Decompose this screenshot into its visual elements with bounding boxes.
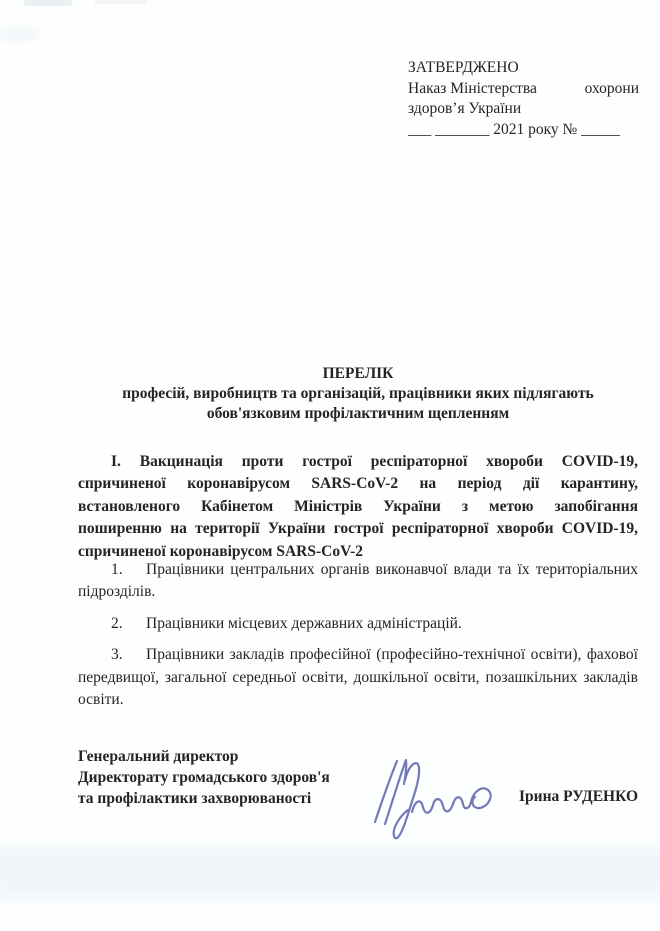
list-item: 3.Працівники закладів професійної (профе… [78, 644, 638, 711]
list-item-number: 3. [111, 644, 146, 666]
list-item-text: Працівники закладів професійної (професі… [78, 646, 638, 708]
paragraph-line: поширенню на території України гострої р… [78, 518, 638, 540]
signer-name: Ірина РУДЕНКО [519, 786, 638, 807]
document-subtitle-line2: обов'язковим профілактичним щепленням [78, 404, 638, 424]
approval-order-left: Наказ Міністерства [408, 79, 537, 100]
section-paragraph: І. Вакцинація проти гострої респіраторно… [78, 451, 638, 563]
approval-order-right: охорони [585, 79, 639, 100]
signer-title-line2: Директорату громадського здоров'я [78, 767, 638, 788]
list-item: 1.Працівники центральних органів виконав… [78, 559, 638, 604]
scanned-document-page: ЗАТВЕРДЖЕНО Наказ Міністерства охорони з… [0, 0, 660, 931]
document-title: ПЕРЕЛІК [78, 364, 638, 384]
approval-ministry-line: здоров’я України [408, 99, 639, 120]
scan-artifact [0, 26, 40, 42]
professions-list: 1.Працівники центральних органів виконав… [78, 559, 638, 720]
document-subtitle-line1: професій, виробництв та організацій, пра… [78, 384, 638, 404]
handwritten-signature-icon [368, 752, 498, 850]
scan-artifact [95, 0, 147, 4]
approval-block: ЗАТВЕРДЖЕНО Наказ Міністерства охорони з… [408, 58, 639, 140]
signer-title-line1: Генеральний директор [78, 746, 638, 767]
list-item-number: 1. [111, 559, 146, 581]
signature-block: Генеральний директор Директорату громадс… [78, 746, 638, 809]
paragraph-line: спричиненої коронавірусом SARS-CoV-2 на … [78, 473, 638, 495]
paragraph-line: встановленого Кабінетом Міністрів Україн… [78, 496, 638, 518]
list-item-text: Працівники місцевих державних адміністра… [146, 615, 462, 632]
list-item-text: Працівники центральних органів виконавчо… [78, 561, 638, 600]
paragraph-line: І. Вакцинація проти гострої респіраторно… [78, 451, 638, 473]
document-title-block: ПЕРЕЛІК професій, виробництв та організа… [78, 364, 638, 424]
approval-order-line: Наказ Міністерства охорони [408, 79, 639, 100]
scan-artifact [0, 841, 660, 907]
list-item: 2.Працівники місцевих державних адмініст… [78, 613, 638, 635]
approval-date-line: ___ _______ 2021 року № _____ [408, 120, 639, 141]
scan-artifact [24, 0, 72, 6]
list-item-number: 2. [111, 613, 146, 635]
approval-heading: ЗАТВЕРДЖЕНО [408, 58, 639, 79]
